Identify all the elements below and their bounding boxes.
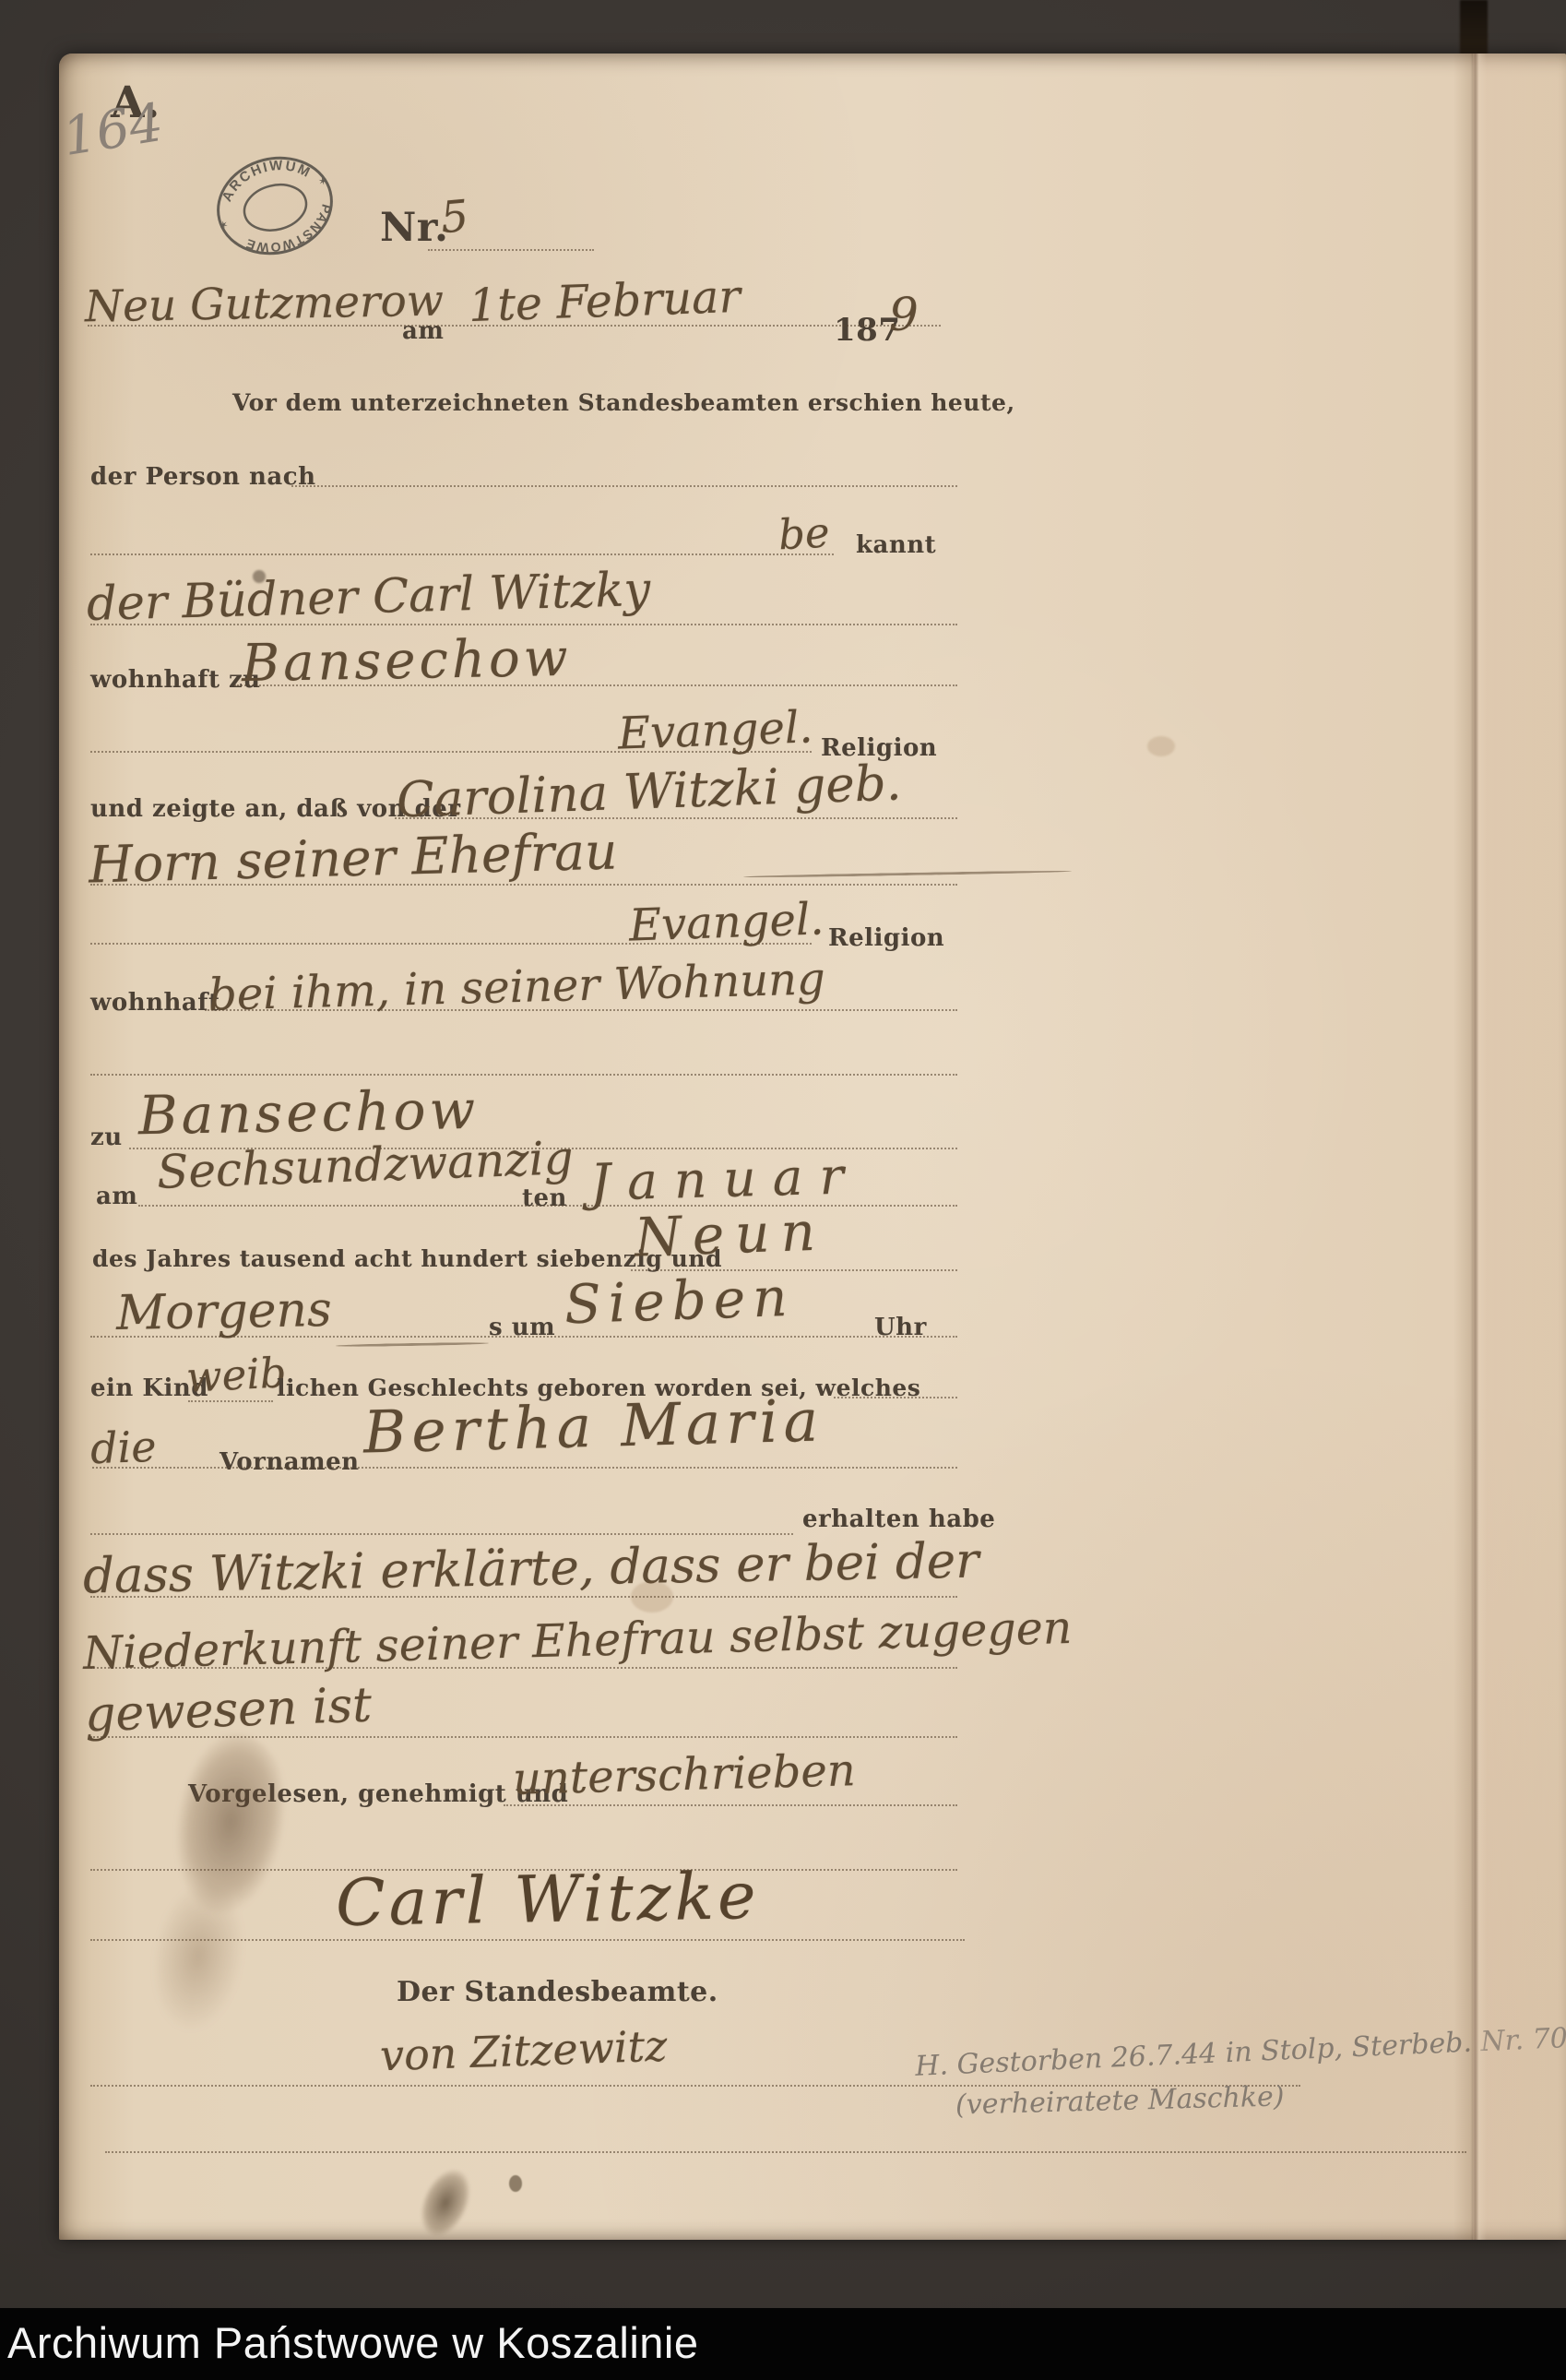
bekannt-handwritten: be [777, 508, 831, 560]
die-handwritten: die [89, 1422, 157, 1473]
dotted-line [92, 1467, 957, 1469]
unterschrieben-value: unterschrieben [512, 1744, 856, 1805]
archive-name: Archiwum Państwowe w Koszalinie [7, 2317, 699, 2368]
scanned-document-scene: A. 164 ARCHIWUM PAŃSTWOWE ✶ ✶ Nr. 5 Neu … [0, 0, 1566, 2380]
date-value: 1te Februar [468, 270, 741, 332]
dotted-line [395, 817, 957, 819]
document-page: A. 164 ARCHIWUM PAŃSTWOWE ✶ ✶ Nr. 5 Neu … [59, 54, 1566, 2240]
birth-year-value: Neun [634, 1199, 827, 1268]
dotted-line [90, 1336, 957, 1338]
am-label: am [402, 317, 444, 345]
ink-stain [114, 1722, 318, 2056]
archive-caption-bar: Archiwum Państwowe w Koszalinie [0, 2308, 1566, 2380]
dotted-line [88, 325, 941, 327]
der-person-nach-label: der Person nach [90, 463, 315, 491]
child-names-value: Bertha Maria [362, 1386, 825, 1466]
dotted-line [90, 624, 957, 625]
stamp-text-top: ARCHIWUM [213, 149, 318, 208]
archive-stamp: ARCHIWUM PAŃSTWOWE ✶ ✶ [204, 142, 347, 270]
pen-flourish [743, 870, 1072, 878]
ten-label: ten [522, 1184, 567, 1212]
paper-spot [631, 1581, 673, 1612]
intro-line: Vor dem unterzeichneten Standesbeamten e… [232, 389, 1015, 416]
dotted-line [188, 1400, 273, 1402]
religion-value-1: Evangel. [617, 701, 813, 759]
dotted-line [834, 1397, 957, 1398]
dotted-line [90, 1074, 957, 1076]
paper-spot [1147, 736, 1175, 756]
vornamen-label: Vornamen [219, 1448, 360, 1476]
declarant-signature: Carl Witzke [335, 1858, 760, 1941]
record-number-value: 5 [439, 191, 471, 244]
pen-dash [336, 1342, 489, 1348]
religion-label-2: Religion [828, 924, 944, 952]
daytime-value: Morgens [115, 1282, 332, 1341]
registrar-title: Der Standesbeamte. [397, 1976, 718, 2008]
dotted-line [90, 1596, 957, 1598]
dotted-line [105, 2151, 1466, 2153]
stamp-star-right-icon: ✶ [317, 174, 329, 189]
dotted-line [205, 1009, 957, 1011]
page-number-pencil: 164 [59, 92, 168, 168]
dotted-line [90, 1533, 793, 1535]
ink-smudge [400, 2149, 490, 2257]
year-digit: 9 [889, 288, 919, 341]
dotted-line [428, 249, 594, 251]
zu-label: zu [90, 1124, 123, 1151]
year-line-label: des Jahres tausend acht hundert siebenzi… [92, 1245, 722, 1272]
dotted-line [90, 553, 834, 555]
stamp-star-left-icon: ✶ [218, 218, 230, 232]
adjacent-page-strip [1473, 54, 1566, 2240]
paper-spot [253, 570, 266, 583]
record-number-label: Nr. [380, 205, 448, 251]
religion-value-2: Evangel. [628, 893, 825, 951]
wohnhaft-zu-label: wohnhaft zu [90, 666, 261, 694]
erhalten-habe-label: erhalten habe [802, 1505, 995, 1533]
dotted-line [234, 684, 957, 686]
note-line-1: dass Witzki erklärte, dass er bei der [83, 1533, 979, 1605]
child-sex-value: weib [185, 1348, 288, 1402]
svg-text:ARCHIWUM: ARCHIWUM [213, 149, 318, 208]
svg-text:PAŃSTWOWE: PAŃSTWOWE [237, 199, 342, 263]
book-spine-strip [1460, 0, 1488, 59]
dotted-line [291, 485, 957, 487]
dotted-line [504, 1804, 957, 1806]
dotted-line [90, 884, 957, 886]
birth-hour-value: Sieben [564, 1266, 796, 1337]
stamp-text-bottom: PAŃSTWOWE [237, 199, 342, 263]
ink-dot [509, 2175, 522, 2192]
declarant-name: der Büdner Carl Witzky [86, 563, 651, 632]
kannt-label: kannt [856, 531, 936, 559]
note-line-3: gewesen ist [84, 1678, 373, 1743]
am-label-2: am [96, 1183, 137, 1210]
dotted-line [138, 1205, 957, 1207]
dotted-line [90, 1667, 957, 1669]
wohnhaft-label: wohnhaft [90, 989, 219, 1017]
registrar-signature: von Zitzewitz [379, 2021, 668, 2081]
